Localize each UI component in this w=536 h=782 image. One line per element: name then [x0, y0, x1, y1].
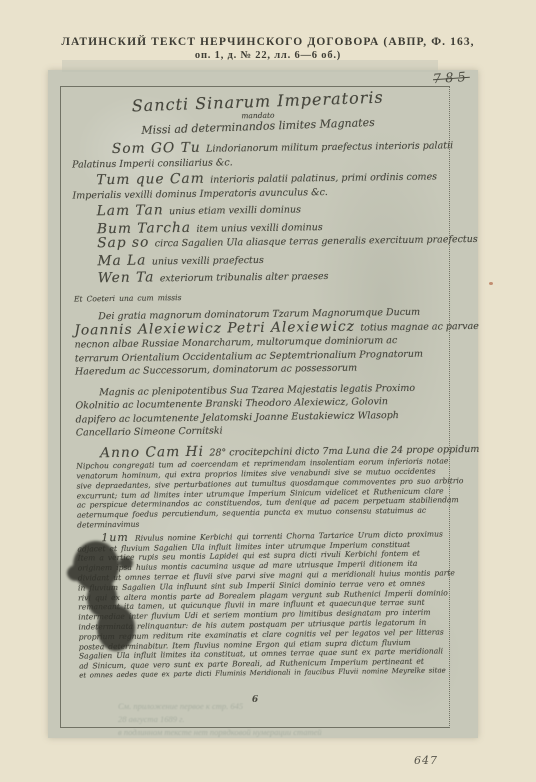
manuscript-scan: 785 Sancti Sinarum ImperatorismandatoMis… [48, 70, 478, 738]
showthrough-line: См. приложение первое к стр. 645 [118, 700, 458, 713]
manuscript-line-text: Et Coeteri una cum missis [74, 293, 182, 304]
manuscript-line: Lam Tan unius etiam vexilli dominus [97, 200, 446, 219]
manuscript-line-text: determinavimus [77, 520, 139, 530]
showthrough-line: в подлинном тексте нет порядковой нумера… [118, 726, 458, 739]
manuscript-line: Et Coeteri una cum missis [74, 289, 447, 304]
manuscript-line-lead: Som GO Tu [112, 140, 206, 157]
book-page: ЛАТИНСКИЙ ТЕКСТ НЕРЧИНСКОГО ДОГОВОРА (АВ… [0, 0, 536, 782]
manuscript-line-lead: Ma La [97, 252, 152, 269]
manuscript-line-text: unius vexilli praefectus [152, 254, 264, 267]
manuscript-text: Sancti Sinarum ImperatorismandatoMissi a… [61, 84, 457, 681]
showthrough-line: 28 августа 1689 г. [118, 713, 458, 726]
page-number: 647 [414, 754, 438, 767]
chapter-header: ЛАТИНСКИЙ ТЕКСТ НЕРЧИНСКОГО ДОГОВОРА (АВ… [0, 36, 536, 61]
manuscript-line-lead: Lam Tan [97, 202, 170, 219]
manuscript-line-text: Cancellario Simeone Cornitski [76, 426, 223, 439]
paper-speck [489, 282, 493, 285]
manuscript-line-text: interioris palatii palatinus, primi ordi… [210, 171, 437, 185]
showthrough-text: См. приложение первое к стр. 64528 авгус… [118, 700, 458, 739]
manuscript-line-lead: Sap so [97, 234, 155, 251]
manuscript-frame: Sancti Sinarum ImperatorismandatoMissi a… [60, 86, 450, 728]
header-title-line1: ЛАТИНСКИЙ ТЕКСТ НЕРЧИНСКОГО ДОГОВОРА (АВ… [0, 36, 536, 48]
manuscript-line: Ma La unius vexilli praefectus [97, 250, 446, 269]
manuscript-line-lead: Anno Cam Hi [100, 443, 210, 461]
manuscript-line-text: Lindorianorum militum praefectus interio… [206, 140, 453, 154]
manuscript-line-text: unius etiam vexilli dominus [169, 204, 301, 217]
manuscript-line-text: item unius vexilli dominus [196, 222, 322, 235]
manuscript-line: Sap so circa Sagalien Ula aliasque terra… [97, 232, 446, 251]
manuscript-line-lead: Tum que Cam [96, 171, 210, 189]
manuscript-line-text: exteriorum tribunalis alter praeses [160, 271, 329, 284]
manuscript-line-text: circa Sagalien Ula aliasque terras gener… [155, 234, 478, 250]
manuscript-line-lead: Wen Ta [98, 269, 160, 286]
manuscript-line-text: Palatinus Imperii consiliarius &c. [72, 157, 233, 170]
manuscript-line: Wen Ta exteriorum tribunalis alter praes… [98, 267, 447, 286]
manuscript-line-text: totius magnae ac parvae [360, 321, 479, 334]
manuscript-line-text: Imperialis vexilli dominus Imperatoris a… [72, 186, 328, 201]
manuscript-line-text: Haeredum ac Successorum, dominatorum ac … [75, 363, 357, 378]
manuscript-line-lead: 1um [101, 531, 135, 544]
